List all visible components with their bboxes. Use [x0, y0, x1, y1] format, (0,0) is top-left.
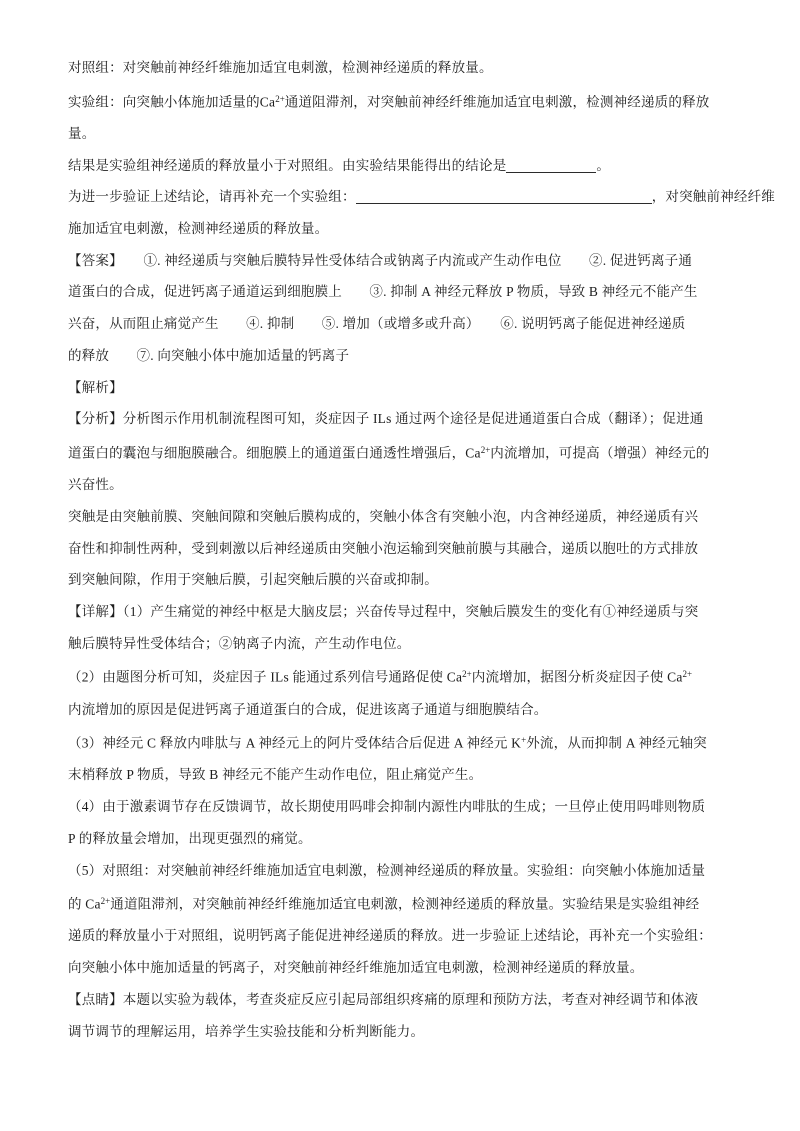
text-segment: 兴奋性。	[68, 477, 123, 492]
text-segment: 。	[596, 158, 610, 173]
text-line: 的释放 ⑦. 向突触小体中施加适量的钙离子	[68, 340, 740, 372]
text-segment: 末梢释放 P 物质，导致 B 神经元不能产生动作电位，阻止痛觉产生。	[68, 767, 482, 782]
text-line: 实验组：向突触小体施加适量的Ca2+通道阻滞剂，对突触前神经纤维施加适宜电刺激，…	[68, 84, 740, 118]
answer-blank-underline	[356, 190, 652, 204]
text-segment: P 的释放量会增加，出现更强烈的痛觉。	[68, 831, 312, 846]
text-segment: 内流增加，据图分析炎症因子使 Ca	[472, 670, 683, 685]
text-segment: 施加适宜电刺激，检测神经递质的释放量。	[68, 221, 328, 236]
text-line: 触后膜特异性受体结合；②钠离子内流，产生动作电位。	[68, 628, 740, 660]
exam-answer-document-page: 对照组：对突触前神经纤维施加适宜电刺激，检测神经递质的释放量。实验组：向突触小体…	[0, 0, 800, 1131]
text-segment: 【点睛】本题以实验为载体，考查炎症反应引起局部组织疼痛的原理和预防方法，考查对神…	[68, 992, 698, 1007]
text-line: P 的释放量会增加，出现更强烈的痛觉。	[68, 823, 740, 855]
text-segment: 兴奋，从而阻止痛觉产生 ④. 抑制 ⑤. 增加（或增多或升高） ⑥. 说明钙离子…	[68, 316, 686, 331]
text-segment: 为进一步验证上述结论，请再补充一个实验组：	[68, 189, 356, 204]
text-line: 对照组：对突触前神经纤维施加适宜电刺激，检测神经递质的释放量。	[68, 52, 740, 84]
superscript-text: 2+	[683, 669, 693, 679]
text-line: 向突触小体中施加适量的钙离子，对突触前神经纤维施加适宜电刺激，检测神经递质的释放…	[68, 952, 740, 984]
text-segment: 【答案】 ①. 神经递质与突触后膜特异性受体结合或钠离子内流或产生动作电位 ②.…	[68, 253, 692, 268]
text-line: 递质的释放量小于对照组，说明钙离子能促进神经递质的释放。进一步验证上述结论，再补…	[68, 920, 740, 952]
text-line: 道蛋白的合成，促进钙离子通道运到细胞膜上 ③. 抑制 A 神经元释放 P 物质，…	[68, 276, 740, 308]
text-line: 为进一步验证上述结论，请再补充一个实验组：，对突触前神经纤维	[68, 181, 740, 213]
text-segment: 通道阻滞剂，对突触前神经纤维施加适宜电刺激，检测神经递质的释放量。实验结果是实验…	[110, 897, 699, 912]
superscript-text: 2+	[481, 445, 491, 455]
superscript-text: 2+	[275, 94, 285, 104]
text-line: 奋性和抑制性两种，受到刺激以后神经递质由突触小泡运输到突触前膜与其融合，递质以胞…	[68, 533, 740, 565]
text-segment: 调节调节的理解运用，培养学生实验技能和分析判断能力。	[68, 1024, 424, 1039]
text-line: 到突触间隙，作用于突触后膜，引起突触后膜的兴奋或抑制。	[68, 564, 740, 596]
text-line: 施加适宜电刺激，检测神经递质的释放量。	[68, 213, 740, 245]
text-line: （4）由于激素调节存在反馈调节，故长期使用吗啡会抑制内源性内啡肽的生成；一旦停止…	[68, 791, 740, 823]
text-line: 【分析】分析图示作用机制流程图可知，炎症因子 ILs 通过两个途径是促进通道蛋白…	[68, 403, 740, 435]
text-segment: ，对突触前神经纤维	[652, 189, 775, 204]
text-segment: 【详解】（1）产生痛觉的神经中枢是大脑皮层；兴奋传导过程中，突触后膜发生的变化有…	[68, 604, 698, 619]
text-segment: 奋性和抑制性两种，受到刺激以后神经递质由突触小泡运输到突触前膜与其融合，递质以胞…	[68, 541, 698, 556]
text-line: 兴奋性。	[68, 469, 740, 501]
text-segment: 实验组：向突触小体施加适量的Ca	[68, 94, 275, 109]
text-segment: （2）由题图分析可知，炎症因子 ILs 能通过系列信号通路促使 Ca	[68, 670, 462, 685]
text-segment: 通道阻滞剂，对突触前神经纤维施加适宜电刺激，检测神经递质的释放	[285, 94, 710, 109]
text-line: 末梢释放 P 物质，导致 B 神经元不能产生动作电位，阻止痛觉产生。	[68, 759, 740, 791]
text-segment: 触后膜特异性受体结合；②钠离子内流，产生动作电位。	[68, 636, 411, 651]
text-segment: 内流增加的原因是促进钙离子通道蛋白的合成，促进该离子通道与细胞膜结合。	[68, 702, 548, 717]
text-line: 【详解】（1）产生痛觉的神经中枢是大脑皮层；兴奋传导过程中，突触后膜发生的变化有…	[68, 596, 740, 628]
text-line: 【点睛】本题以实验为载体，考查炎症反应引起局部组织疼痛的原理和预防方法，考查对神…	[68, 984, 740, 1016]
text-line: （3）神经元 C 释放内啡肽与 A 神经元上的阿片受体结合后促进 A 神经元 K…	[68, 725, 740, 759]
text-line: 内流增加的原因是促进钙离子通道蛋白的合成，促进该离子通道与细胞膜结合。	[68, 694, 740, 726]
text-segment: （3）神经元 C 释放内啡肽与 A 神经元上的阿片受体结合后促进 A 神经元 K	[68, 736, 521, 751]
text-segment: （5）对照组：对突触前神经纤维施加适宜电刺激，检测神经递质的释放量。实验组：向突…	[68, 863, 705, 878]
text-segment: 的 Ca	[68, 897, 101, 912]
text-line: 突触是由突触前膜、突触间隙和突触后膜构成的，突触小体含有突触小泡，内含神经递质，…	[68, 501, 740, 533]
text-line: 结果是实验组神经递质的释放量小于对照组。由实验结果能得出的结论是。	[68, 150, 740, 182]
text-line: 的 Ca2+通道阻滞剂，对突触前神经纤维施加适宜电刺激，检测神经递质的释放量。实…	[68, 886, 740, 920]
text-line: 兴奋，从而阻止痛觉产生 ④. 抑制 ⑤. 增加（或增多或升高） ⑥. 说明钙离子…	[68, 308, 740, 340]
text-segment: 道蛋白的合成，促进钙离子通道运到细胞膜上 ③. 抑制 A 神经元释放 P 物质，…	[68, 284, 698, 299]
text-segment: 突触是由突触前膜、突触间隙和突触后膜构成的，突触小体含有突触小泡，内含神经递质，…	[68, 509, 698, 524]
text-segment: 道蛋白的囊泡与细胞膜融合。细胞膜上的通道蛋白通透性增强后，Ca	[68, 445, 481, 460]
text-segment: （4）由于激素调节存在反馈调节，故长期使用吗啡会抑制内源性内啡肽的生成；一旦停止…	[68, 799, 705, 814]
text-segment: 的释放 ⑦. 向突触小体中施加适量的钙离子	[68, 348, 349, 363]
text-line: 道蛋白的囊泡与细胞膜融合。细胞膜上的通道蛋白通透性增强后，Ca2+内流增加，可提…	[68, 435, 740, 469]
answer-blank-underline	[506, 159, 596, 173]
text-segment: 结果是实验组神经递质的释放量小于对照组。由实验结果能得出的结论是	[68, 158, 506, 173]
text-segment: 内流增加，可提高（增强）神经元的	[490, 445, 709, 460]
text-segment: 【分析】分析图示作用机制流程图可知，炎症因子 ILs 通过两个途径是促进通道蛋白…	[68, 411, 704, 426]
text-line: （2）由题图分析可知，炎症因子 ILs 能通过系列信号通路促使 Ca2+内流增加…	[68, 659, 740, 693]
text-segment: 递质的释放量小于对照组，说明钙离子能促进神经递质的释放。进一步验证上述结论，再补…	[68, 928, 712, 943]
text-line: 量。	[68, 118, 740, 150]
text-segment: 到突触间隙，作用于突触后膜，引起突触后膜的兴奋或抑制。	[68, 572, 438, 587]
text-segment: 对照组：对突触前神经纤维施加适宜电刺激，检测神经递质的释放量。	[68, 60, 493, 75]
text-line: 【解析】	[68, 372, 740, 404]
text-segment: 向突触小体中施加适量的钙离子，对突触前神经纤维施加适宜电刺激，检测神经递质的释放…	[68, 960, 643, 975]
document-body: 对照组：对突触前神经纤维施加适宜电刺激，检测神经递质的释放量。实验组：向突触小体…	[68, 52, 740, 1047]
text-segment: 【解析】	[68, 380, 123, 395]
text-line: 【答案】 ①. 神经递质与突触后膜特异性受体结合或钠离子内流或产生动作电位 ②.…	[68, 245, 740, 277]
superscript-text: 2+	[101, 896, 111, 906]
text-line: 调节调节的理解运用，培养学生实验技能和分析判断能力。	[68, 1016, 740, 1048]
text-line: （5）对照组：对突触前神经纤维施加适宜电刺激，检测神经递质的释放量。实验组：向突…	[68, 855, 740, 887]
text-segment: 量。	[68, 126, 95, 141]
text-segment: 外流，从而抑制 A 神经元轴突	[526, 736, 707, 751]
superscript-text: 2+	[462, 669, 472, 679]
